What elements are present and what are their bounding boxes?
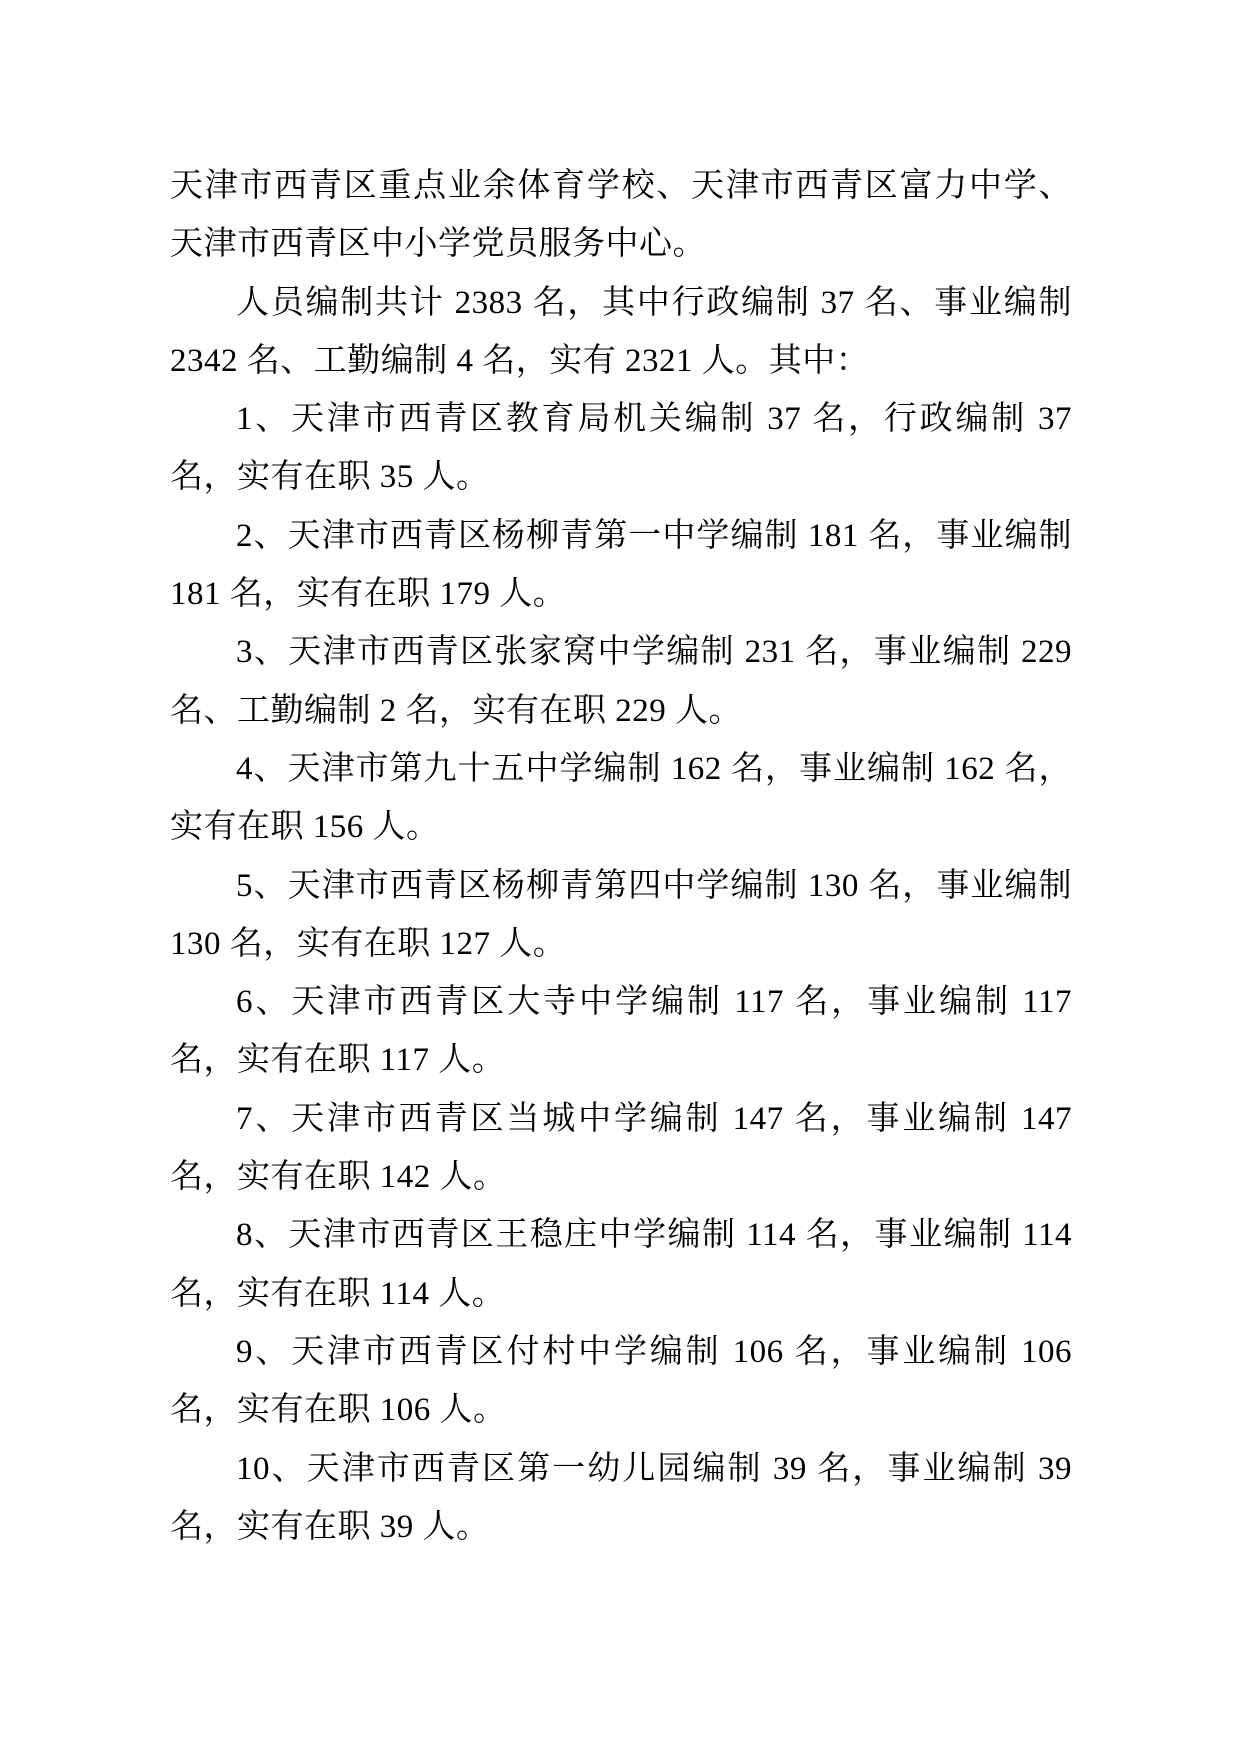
list-item-5: 5、天津市西青区杨柳青第四中学编制 130 名，事业编制 130 名，实有在职 … [170,857,1072,974]
list-item-9: 9、天津市西青区付村中学编制 106 名，事业编制 106 名，实有在职 106… [170,1323,1072,1440]
list-item-10: 10、天津市西青区第一幼儿园编制 39 名，事业编制 39 名，实有在职 39 … [170,1440,1072,1557]
continuation-paragraph: 天津市西青区重点业余体育学校、天津市西青区富力中学、天津市西青区中小学党员服务中… [170,157,1072,274]
list-item-1: 1、天津市西青区教育局机关编制 37 名，行政编制 37 名，实有在职 35 人… [170,390,1072,507]
list-item-8: 8、天津市西青区王稳庄中学编制 114 名，事业编制 114 名，实有在职 11… [170,1206,1072,1323]
list-item-3: 3、天津市西青区张家窝中学编制 231 名，事业编制 229 名、工勤编制 2 … [170,623,1072,740]
list-item-6: 6、天津市西青区大寺中学编制 117 名，事业编制 117 名，实有在职 117… [170,973,1072,1090]
list-item-2: 2、天津市西青区杨柳青第一中学编制 181 名，事业编制 181 名，实有在职 … [170,507,1072,624]
document-body: 天津市西青区重点业余体育学校、天津市西青区富力中学、天津市西青区中小学党员服务中… [170,157,1072,1556]
list-item-4: 4、天津市第九十五中学编制 162 名，事业编制 162 名，实有在职 156 … [170,740,1072,857]
document-page: 天津市西青区重点业余体育学校、天津市西青区富力中学、天津市西青区中小学党员服务中… [0,0,1241,1754]
list-item-7: 7、天津市西青区当城中学编制 147 名，事业编制 147 名，实有在职 142… [170,1090,1072,1207]
summary-paragraph: 人员编制共计 2383 名，其中行政编制 37 名、事业编制 2342 名、工勤… [170,274,1072,391]
